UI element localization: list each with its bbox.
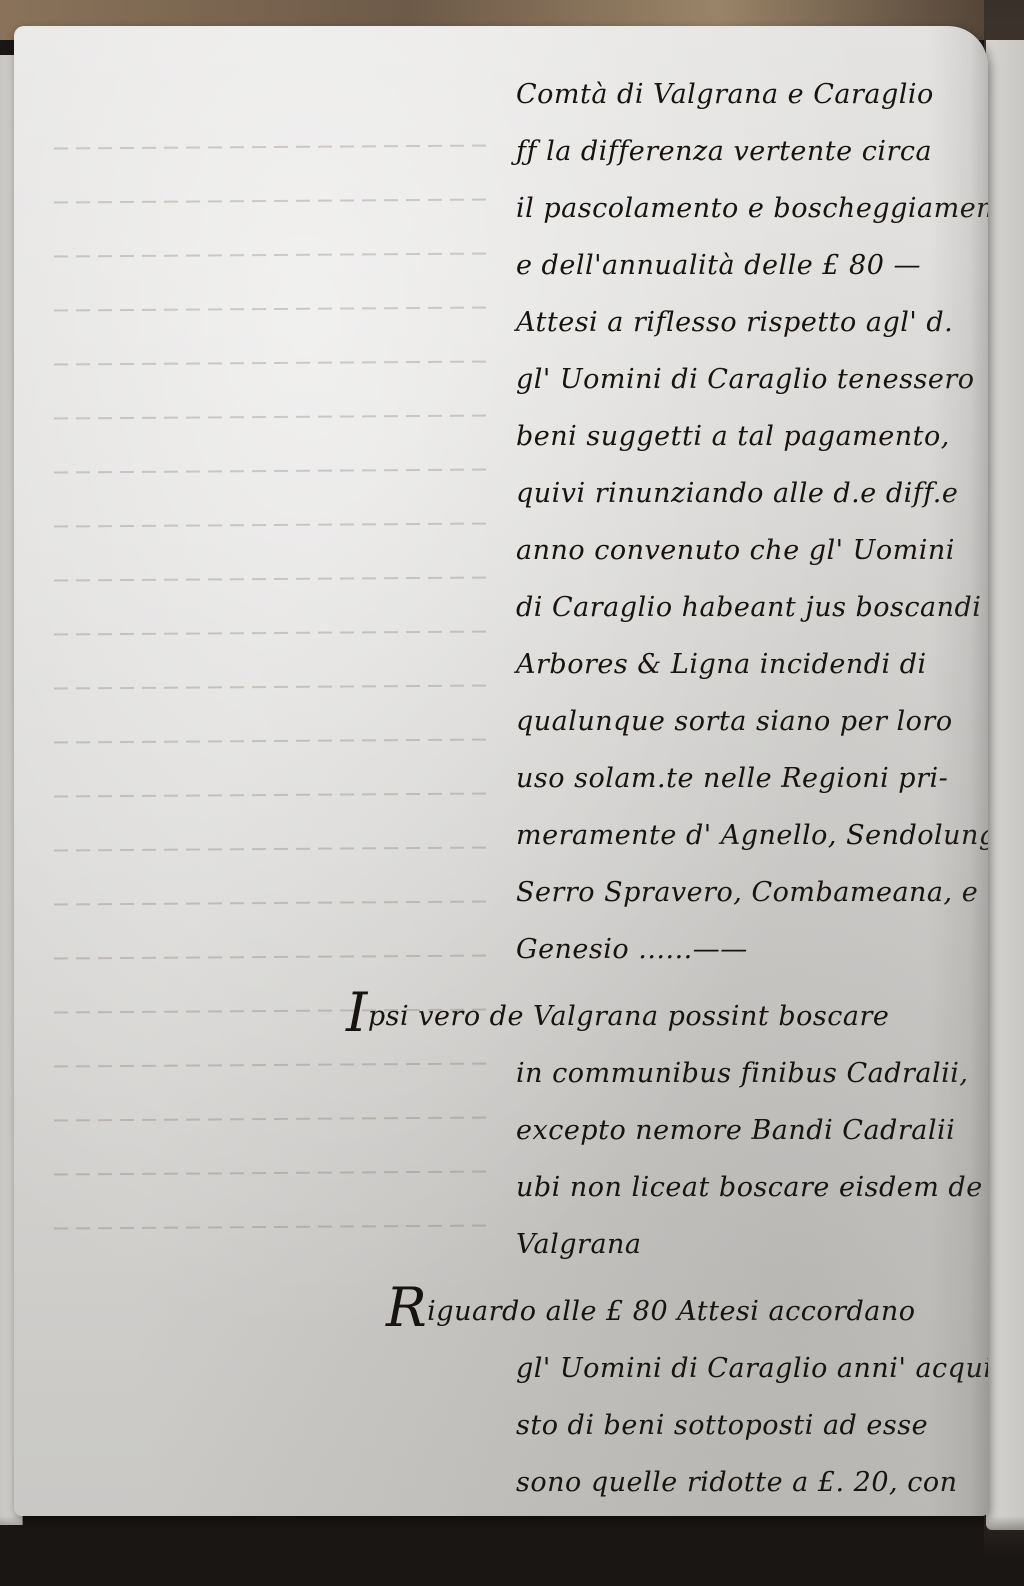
- text-line: sto di beni sottoposti ad esse: [516, 1397, 986, 1454]
- text-line: quivi rinunziando alle d.e diff.e: [516, 465, 986, 522]
- text-line: Valgrana: [516, 1216, 986, 1273]
- text-line: psi vero de Valgrana possint boscare: [368, 1001, 890, 1032]
- text-line: gl' Uomini di Caraglio anni' acqui-: [516, 1340, 986, 1397]
- manuscript-page: Comtà di Valgrana e Caraglio ƒƒ la diffe…: [14, 26, 988, 1516]
- paragraph-3-first-line: Riguardo alle £ 80 Attesi accordano: [386, 1283, 986, 1340]
- text-line: ƒƒ la differenza vertente circa: [516, 123, 986, 180]
- text-line: qualunque sorta siano per loro: [516, 693, 986, 750]
- text-line: Attesi a riflesso rispetto agl' d.: [516, 294, 986, 351]
- text-line: ubi non liceat boscare eisdem de: [516, 1159, 986, 1216]
- bleed-through-text: [54, 146, 494, 1326]
- text-line: meramente d' Agnello, Sendolungo: [516, 807, 986, 864]
- text-line: beni suggetti a tal pagamento,: [516, 408, 986, 465]
- text-line: Comtà di Valgrana e Caraglio: [516, 66, 986, 123]
- handwritten-text-column: Comtà di Valgrana e Caraglio ƒƒ la diffe…: [516, 66, 986, 1516]
- text-line: e dell'annualità delle £ 80 —: [516, 237, 986, 294]
- text-line: uso solam.te nelle Regioni pri-: [516, 750, 986, 807]
- text-line: iguardo alle £ 80 Attesi accordano: [427, 1296, 915, 1327]
- text-line: Arbores & Ligna incidendi di: [516, 636, 986, 693]
- text-line: di Caraglio habeant jus boscandi: [516, 579, 986, 636]
- text-line: Serro Spravero, Combameana, e: [516, 864, 986, 921]
- underlying-leaf-right: [986, 40, 1024, 1530]
- decorated-initial: R: [386, 1276, 427, 1339]
- text-line: in communibus finibus Cadralii,: [516, 1045, 986, 1102]
- text-line: Genesio ......——: [516, 921, 986, 978]
- text-line: gl' Uomini di Caraglio tenessero: [516, 351, 986, 408]
- text-line: excepto nemore Bandi Cadralii: [516, 1102, 986, 1159]
- text-line: il pascolamento e boscheggiamento: [516, 180, 986, 237]
- text-line: sono quelle ridotte a £. 20, con: [516, 1454, 986, 1511]
- paragraph-2-first-line: Ipsi vero de Valgrana possint boscare: [346, 988, 986, 1045]
- bottom-shadow: [0, 1516, 1024, 1586]
- decorated-initial: I: [346, 981, 368, 1044]
- text-line: anno convenuto che gl' Uomini: [516, 522, 986, 579]
